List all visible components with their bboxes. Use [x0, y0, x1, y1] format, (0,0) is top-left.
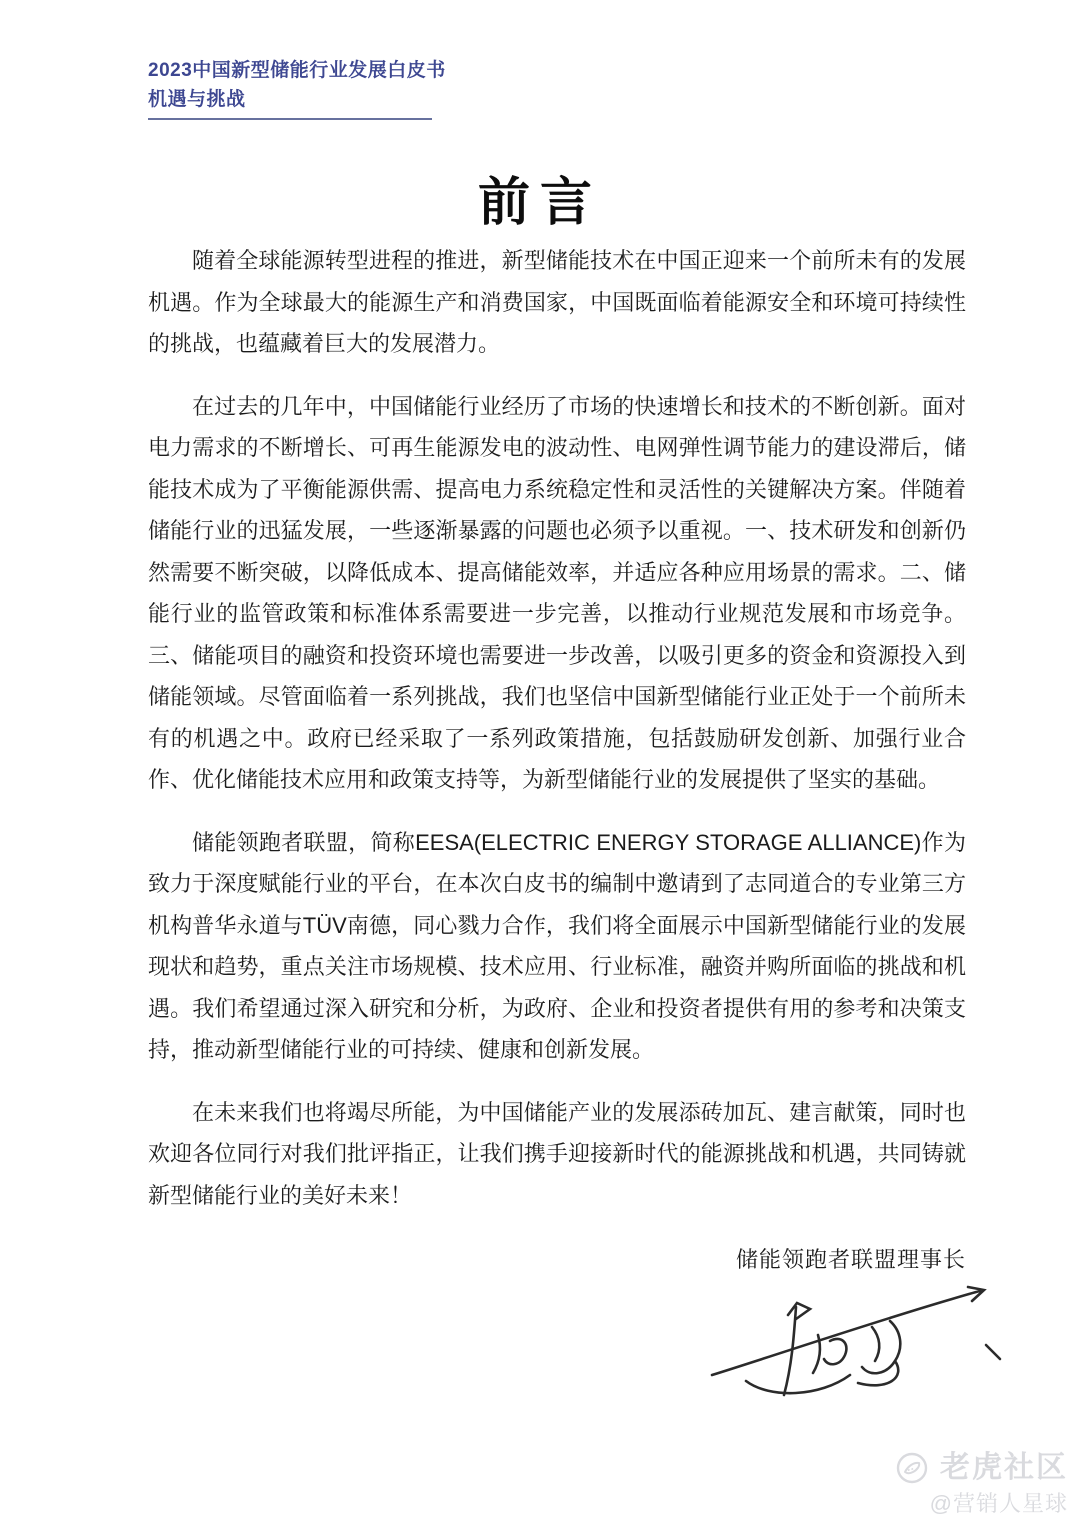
paragraph-3: 储能领跑者联盟，简称EESA(ELECTRIC ENERGY STORAGE A… — [148, 822, 966, 1071]
preface-body: 随着全球能源转型进程的推进，新型储能技术在中国正迎来一个前所未有的发展机遇。作为… — [148, 240, 966, 1237]
paragraph-4: 在未来我们也将竭尽所能，为中国储能产业的发展添砖加瓦、建言献策，同时也欢迎各位同… — [148, 1092, 966, 1217]
watermark-community-label: 老虎社区 — [940, 1451, 1068, 1485]
watermark-handle-label: @营销人星球 — [896, 1491, 1068, 1517]
page-title: 前言 — [0, 160, 1080, 235]
header-title-line1: 2023中国新型储能行业发展白皮书 — [148, 56, 446, 85]
signature-icon — [700, 1283, 1030, 1408]
signoff-title: 储能领跑者联盟理事长 — [148, 1243, 966, 1274]
header-title-line2: 机遇与挑战 — [148, 85, 446, 114]
paragraph-1: 随着全球能源转型进程的推进，新型储能技术在中国正迎来一个前所未有的发展机遇。作为… — [148, 240, 966, 365]
paragraph-2: 在过去的几年中，中国储能行业经历了市场的快速增长和技术的不断创新。面对电力需求的… — [148, 386, 966, 801]
tiger-logo-icon — [896, 1452, 928, 1484]
watermark: 老虎社区 @营销人星球 — [896, 1451, 1068, 1517]
document-header: 2023中国新型储能行业发展白皮书 机遇与挑战 — [148, 56, 446, 114]
header-divider — [148, 118, 432, 120]
